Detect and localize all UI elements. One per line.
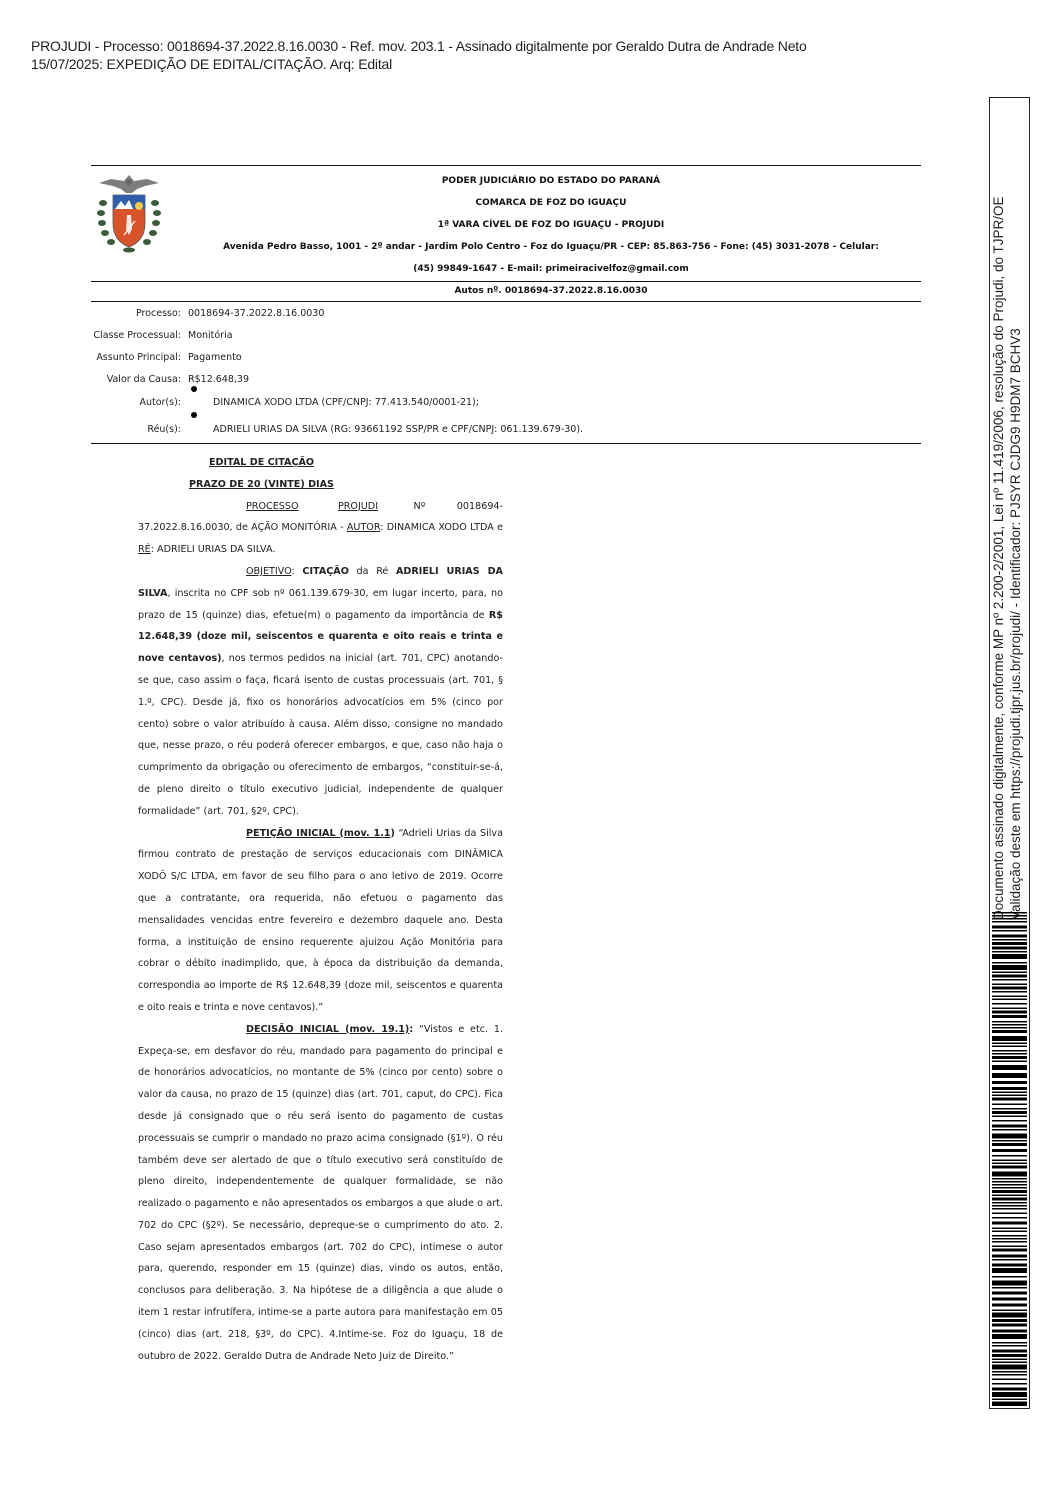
header-line-2: 15/07/2025: EXPEDIÇÃO DE EDITAL/CITAÇÃO.… bbox=[31, 55, 807, 73]
signature-line-1: Documento assinado digitalmente, conform… bbox=[990, 98, 1007, 928]
bullet-icon bbox=[191, 412, 197, 418]
court-name: PODER JUDICIÁRIO DO ESTADO DO PARANÁ bbox=[181, 176, 921, 186]
paragraph-decisao-inicial: DECISÃO INICIAL (mov. 19.1): “Vistos e e… bbox=[138, 1019, 503, 1368]
edital-body: EDITAL DE CITAÇÃO PRAZO DE 20 (VINTE) DI… bbox=[138, 452, 503, 1367]
edital-prazo: PRAZO DE 20 (VINTE) DIAS bbox=[189, 479, 334, 490]
digital-signature-stamp: Documento assinado digitalmente, conform… bbox=[989, 97, 1030, 1409]
barcode-icon bbox=[992, 908, 1027, 1406]
paragraph-objetivo: OBJETIVO: CITAÇÃO da Ré ADRIELI URIAS DA… bbox=[138, 561, 503, 823]
comarca-name: COMARCA DE FOZ DO IGUAÇU bbox=[181, 198, 921, 208]
divider bbox=[91, 443, 921, 444]
court-contact: (45) 99849-1647 - E-mail: primeiracivelf… bbox=[181, 264, 921, 274]
divider bbox=[91, 301, 921, 302]
divider bbox=[91, 165, 921, 166]
vara-name: 1ª VARA CÍVEL DE FOZ DO IGUAÇU - PROJUDI bbox=[181, 220, 921, 230]
paragraph-peticao-inicial: PETIÇÃO INICIAL (mov. 1.1) “Adrieli Uria… bbox=[138, 823, 503, 1019]
document-header: PROJUDI - Processo: 0018694-37.2022.8.16… bbox=[31, 37, 807, 73]
paragraph-processo: PROCESSO PROJUDI Nº 0018694-37.2022.8.16… bbox=[138, 496, 503, 561]
bullet-icon bbox=[191, 386, 197, 392]
edital-title: EDITAL DE CITAÇÃO bbox=[209, 457, 314, 468]
signature-line-2: Validação deste em https://projudi.tjpr.… bbox=[1007, 98, 1024, 928]
divider bbox=[91, 281, 921, 282]
header-line-1: PROJUDI - Processo: 0018694-37.2022.8.16… bbox=[31, 37, 807, 55]
parana-coat-of-arms-icon bbox=[91, 173, 167, 255]
court-address: Avenida Pedro Basso, 1001 - 2º andar - J… bbox=[181, 242, 921, 252]
autos-number: Autos nº. 0018694-37.2022.8.16.0030 bbox=[181, 286, 921, 296]
